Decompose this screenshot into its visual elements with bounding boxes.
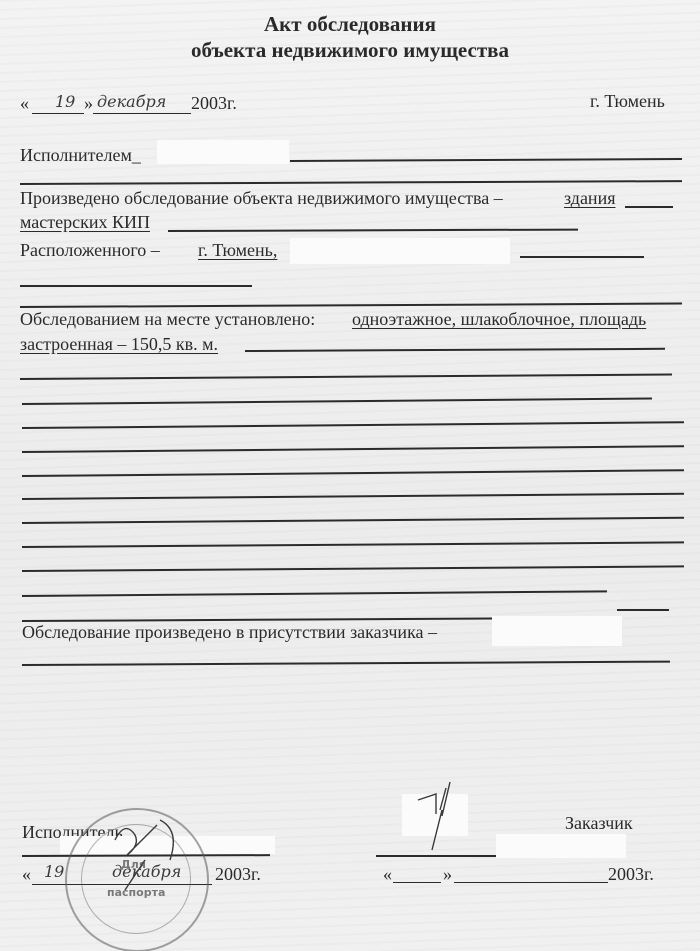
redacted-customer-name: [492, 616, 622, 646]
presence-label: Обследование произведено в присутствии з…: [22, 622, 437, 643]
city: г. Тюмень: [590, 91, 665, 112]
blank-line: [22, 541, 684, 548]
blank-line: [20, 180, 682, 185]
inspection-object-2: мастерских КИП: [20, 212, 150, 233]
customer-signature-scribble-icon: [410, 770, 490, 860]
date-close-quote: »: [84, 93, 93, 114]
findings-prefix: Обследованием на месте установлено:: [20, 309, 315, 330]
blank-line: [520, 256, 644, 258]
inspection-prefix: Произведено обследование объекта недвижи…: [20, 188, 503, 209]
location-prefix: Расположенного –: [20, 240, 160, 261]
blank-line: [20, 303, 682, 308]
blank-line: [20, 373, 672, 380]
customer-signature-line: [376, 855, 496, 857]
executor-signature-scribble-icon: [60, 800, 240, 900]
inspection-object-1: здания: [564, 188, 615, 209]
blank-line: [22, 398, 652, 405]
executor-label: Исполнителем_: [20, 145, 141, 166]
date-year: 2003г.: [191, 93, 237, 114]
blank-line: [22, 565, 684, 572]
redacted-address: [290, 238, 510, 264]
blank-line: [22, 469, 684, 477]
blank-line: [22, 445, 684, 453]
findings-value-1: одноэтажное, шлакоблочное, площадь: [352, 309, 646, 330]
date-day-underline: [32, 113, 84, 114]
customer-date-day-underline: [393, 882, 441, 883]
redacted-customer-signature-name: [496, 834, 626, 858]
customer-date-open-quote: «: [383, 864, 392, 885]
blank-line: [168, 229, 578, 232]
executor-date-open-quote: «: [22, 864, 31, 885]
customer-date-close-quote: »: [443, 864, 452, 885]
blank-line: [617, 609, 669, 611]
date-month-handwritten: декабря: [97, 92, 166, 111]
customer-signature-label: Заказчик: [565, 813, 633, 834]
document-title-line-1: Акт обследования: [0, 12, 700, 37]
date-day-handwritten: 19: [55, 92, 75, 111]
blank-line: [625, 206, 673, 208]
blank-line: [20, 285, 252, 287]
document-title-line-2: объекта недвижимого имущества: [0, 38, 700, 63]
redacted-executor-name: [157, 140, 289, 164]
blank-line: [22, 661, 670, 666]
date-open-quote: «: [20, 93, 29, 114]
blank-line: [22, 517, 684, 524]
date-month-underline: [93, 113, 191, 114]
blank-line: [245, 348, 665, 352]
customer-date-year: 2003г.: [608, 864, 654, 885]
customer-date-month-underline: [454, 882, 608, 883]
executor-line: [290, 158, 682, 162]
blank-line: [22, 493, 684, 500]
blank-line: [22, 590, 607, 597]
location-value: г. Тюмень,: [198, 240, 277, 261]
document-page: Акт обследования объекта недвижимого иму…: [0, 0, 700, 951]
findings-value-2: застроенная – 150,5 кв. м.: [20, 334, 218, 355]
blank-line: [22, 421, 684, 429]
